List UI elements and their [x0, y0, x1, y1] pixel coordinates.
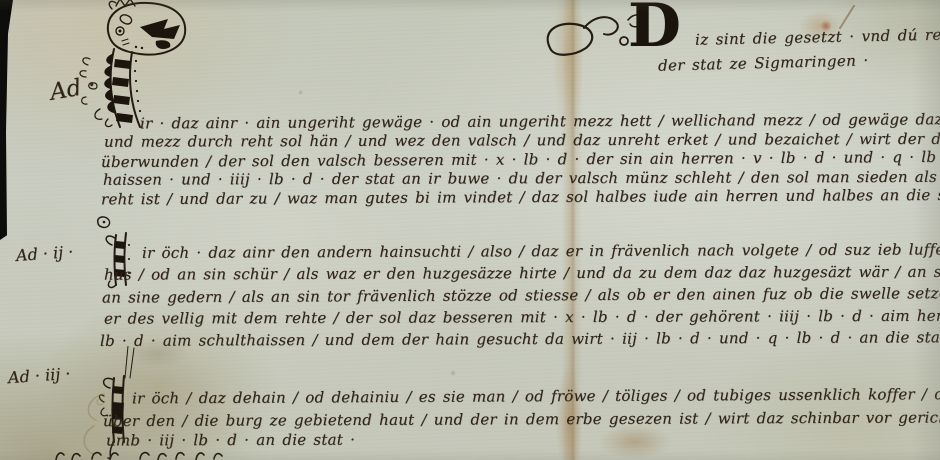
stain — [450, 370, 456, 376]
p1-line-4: haissen · und · iiij · lb · d · der stat… — [103, 169, 940, 187]
p3-line-2: über den / die burg ze gebietend haut / … — [103, 410, 940, 429]
p3-line-1: ir öch / daz dehain / od dehainiu / es s… — [132, 387, 940, 407]
stain — [598, 424, 672, 460]
pen-scratch — [839, 5, 856, 30]
p1-line-3: überwunden / der sol den valsch besseren… — [101, 149, 940, 170]
p2-line-1: ir öch · daz ainr den andern hainsuchti … — [142, 242, 940, 261]
scan-edge-shadow — [0, 0, 13, 240]
p2-line-5: lb · d · aim schulthaissen / und dem der… — [100, 330, 940, 349]
heading-line-1: iz sint die gesetzt · vnd dú reht — [695, 27, 940, 48]
stain — [298, 90, 303, 95]
p2-line-2: hus / od an sin schür / als waz er den h… — [104, 264, 940, 282]
cutoff-line-strokes — [48, 447, 228, 460]
margin-mark-3: Ad · iij · — [8, 366, 71, 386]
manuscript-scan: Ad · D iz sint die gesetzt · vnd dú reht… — [0, 0, 940, 460]
margin-mark-2: Ad · ij · — [16, 244, 74, 264]
cadel-initial-drawing — [56, 0, 206, 132]
p1-line-5: reht ist / und dar zu / waz man gutes bi… — [101, 188, 940, 208]
heading-line-2: der stat ze Sigmaringen · — [658, 53, 869, 74]
p2-line-3: an sine gedern / als an sin tor frävenli… — [102, 285, 940, 305]
heading-initial-letter: D — [628, 0, 680, 56]
p2-line-4: er des vellig mit dem rehte / der sol da… — [104, 308, 940, 326]
p1-line-1: ir · daz ainr · ain ungeriht gewäge · od… — [140, 112, 940, 132]
p1-line-2: und mezz durch reht sol hän / und wez de… — [104, 131, 940, 149]
